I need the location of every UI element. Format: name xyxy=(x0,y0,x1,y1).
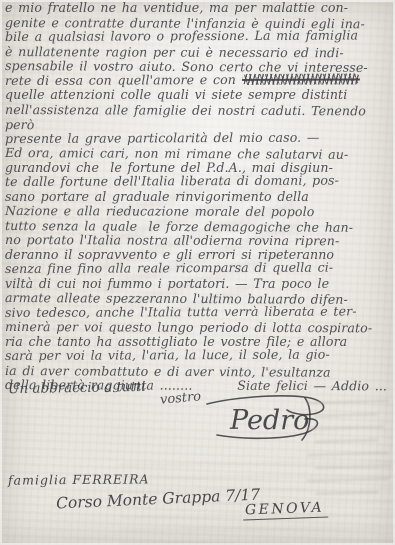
letter-line: viltà di cui noi fummo i portatori. — Tr… xyxy=(5,277,393,292)
letter-line: quelle attenzioni colle quali vi siete s… xyxy=(5,88,393,103)
letter-line: Ed ora, amici cari, non mi rimane che sa… xyxy=(5,146,393,163)
letter-line: senza fine fino alla reale ricomparsa di… xyxy=(5,260,393,276)
letter-line: sarà per voi la vita, l'aria, la luce, i… xyxy=(5,347,393,363)
letter-body: e mio fratello ne ha ventidue, ma per ma… xyxy=(5,1,393,393)
letter-line: no portato l'Italia nostra all'odierna r… xyxy=(5,233,393,249)
closing-yours: vostro xyxy=(159,389,201,408)
reverse-side-bleed-through-wide xyxy=(120,454,395,544)
signature-name: Pedro xyxy=(229,405,309,436)
letter-line: sano portare al graduale rinvigorimento … xyxy=(5,190,393,205)
letter-line: rete di essa con quell'amore e con xyxy=(5,72,393,88)
letter-page: e mio fratello ne ha ventidue, ma per ma… xyxy=(0,0,395,545)
letter-line: te dalle fortune dell'Italia liberata di… xyxy=(5,173,393,189)
letter-line: presente la grave particolarità del mio … xyxy=(5,130,393,146)
letter-line: minerà per voi questo lungo periodo di l… xyxy=(5,320,393,336)
closing-hug: Un abbraccio a tutti xyxy=(8,379,146,397)
letter-line: e mio fratello ne ha ventidue, ma per ma… xyxy=(5,1,393,16)
scribbled-out-word xyxy=(242,73,360,85)
letter-line: sivo tedesco, anche l'Italia tutta verrà… xyxy=(5,304,393,320)
letter-line: bile a qualsiasi lavoro o professione. L… xyxy=(5,28,393,44)
letter-line: nell'assistenza alle famiglie dei nostri… xyxy=(5,103,393,133)
